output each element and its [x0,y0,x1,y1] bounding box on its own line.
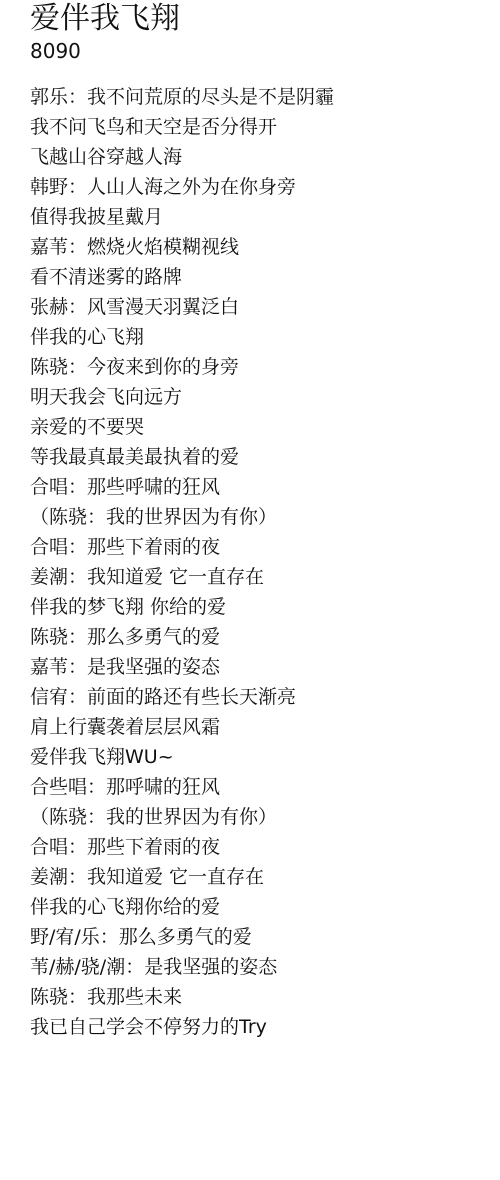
lyric-line: 陈骁：那么多勇气的爱 [30,622,500,652]
lyric-line: 合些唱：那呼啸的狂风 [30,772,500,802]
lyric-line: 看不清迷雾的路牌 [30,262,500,292]
lyric-line: 合唱：那些呼啸的狂风 [30,472,500,502]
lyric-line: 伴我的心飞翔你给的爱 [30,892,500,922]
lyric-line: 陈骁：今夜来到你的身旁 [30,352,500,382]
lyric-line: 等我最真最美最执着的爱 [30,442,500,472]
lyric-line: 肩上行囊袭着层层风霜 [30,712,500,742]
lyric-line: 张赫：风雪漫天羽翼泛白 [30,292,500,322]
lyric-line: 韩野：人山人海之外为在你身旁 [30,172,500,202]
lyric-line: 伴我的心飞翔 [30,322,500,352]
lyric-line: 姜潮：我知道爱 它一直存在 [30,562,500,592]
lyric-line: 明天我会飞向远方 [30,382,500,412]
lyric-line: 亲爱的不要哭 [30,412,500,442]
lyric-line: 飞越山谷穿越人海 [30,142,500,172]
lyric-line: 爱伴我飞翔WU~ [30,742,500,772]
lyric-line: （陈骁：我的世界因为有你） [30,502,500,532]
lyrics-page: 爱伴我飞翔 8090 郭乐：我不问荒原的尽头是不是阴霾 我不问飞鸟和天空是否分得… [0,0,500,1042]
lyric-line: 嘉苇：是我坚强的姿态 [30,652,500,682]
lyric-line: 陈骁：我那些未来 [30,982,500,1012]
lyric-line: 值得我披星戴月 [30,202,500,232]
lyric-line: 伴我的梦飞翔 你给的爱 [30,592,500,622]
lyric-line: 我不问飞鸟和天空是否分得开 [30,112,500,142]
lyrics-list: 郭乐：我不问荒原的尽头是不是阴霾 我不问飞鸟和天空是否分得开 飞越山谷穿越人海 … [30,82,500,1042]
lyric-line: 野/宥/乐：那么多勇气的爱 [30,922,500,952]
song-title: 爱伴我飞翔 [30,0,500,38]
lyric-line: 我已自己学会不停努力的Try [30,1012,500,1042]
lyric-line: 信宥：前面的路还有些长天渐亮 [30,682,500,712]
lyric-line: 郭乐：我不问荒原的尽头是不是阴霾 [30,82,500,112]
artist-name: 8090 [30,38,500,66]
lyric-line: 嘉苇：燃烧火焰模糊视线 [30,232,500,262]
lyric-line: 合唱：那些下着雨的夜 [30,832,500,862]
lyric-line: 合唱：那些下着雨的夜 [30,532,500,562]
lyric-line: 姜潮：我知道爱 它一直存在 [30,862,500,892]
lyric-line: 苇/赫/骁/潮：是我坚强的姿态 [30,952,500,982]
lyric-line: （陈骁：我的世界因为有你） [30,802,500,832]
